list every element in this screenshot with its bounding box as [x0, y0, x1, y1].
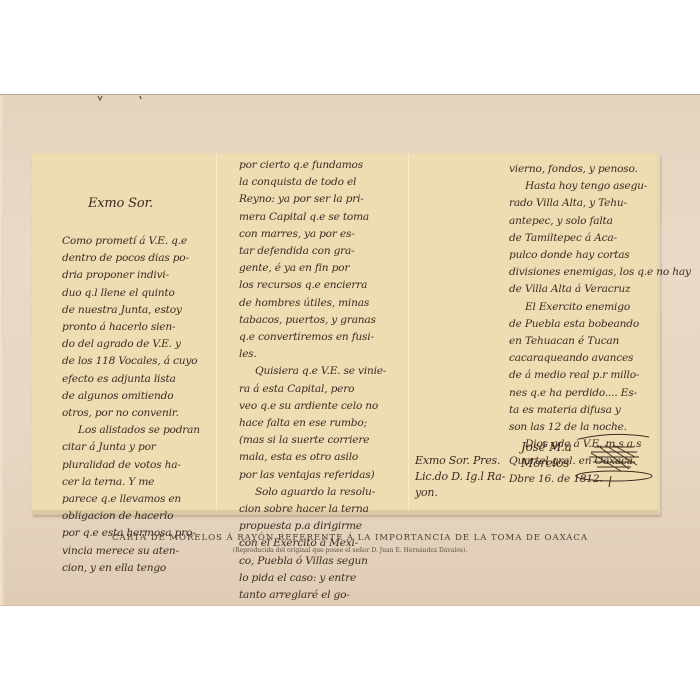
handwritten-line: parece q.e llevamos en: [62, 491, 200, 508]
letter-column-1-body: Como prometí á V.E. q.edentro de pocos d…: [62, 233, 200, 577]
handwritten-line: vierno, fondos, y penoso.: [509, 161, 691, 178]
handwritten-line: hace falta en ese rumbo;: [239, 415, 386, 432]
handwritten-line: gente, é ya en fin por: [239, 260, 386, 277]
handwritten-line: duo q.l llene el quinto: [62, 285, 200, 302]
handwritten-line: Solo aguardo la resolu-: [239, 484, 386, 501]
handwritten-line: José M.a: [521, 439, 572, 455]
handwritten-line: veo q.e su ardiente celo no: [239, 398, 386, 415]
letter-signature: José M.aMorelos: [521, 439, 572, 471]
letter-salutation: Exmo Sor.: [88, 195, 153, 212]
letter-addressee: Exmo Sor. Pres.Lic.do D. Ig.l Ra-yon.: [415, 453, 505, 501]
handwritten-line: pronto á hacerlo sien-: [62, 319, 200, 336]
handwritten-line: co, Puebla ó Villas segun: [239, 553, 386, 570]
handwritten-line: ra á esta Capital, pero: [239, 381, 386, 398]
handwritten-line: Lic.do D. Ig.l Ra-: [415, 469, 505, 485]
handwritten-line: Hasta hoy tengo asegu-: [509, 178, 691, 195]
handwritten-line: rado Villa Alta, y Tehu-: [509, 195, 691, 212]
handwritten-line: los recursos q.e encierra: [239, 277, 386, 294]
handwritten-line: Reyno: ya por ser la pri-: [239, 191, 386, 208]
handwritten-line: mala, esta es otro asilo: [239, 449, 386, 466]
handwritten-line: por las ventajas referidas): [239, 467, 386, 484]
handwritten-line: yon.: [415, 485, 505, 501]
handwritten-line: antepec, y solo falta: [509, 213, 691, 230]
handwritten-line: Los alistados se podran: [62, 422, 200, 439]
handwritten-line: El Exercito enemigo: [509, 299, 691, 316]
handwritten-line: divisiones enemigas, los q.e no hay: [509, 264, 691, 281]
signature-flourish-icon: [569, 429, 659, 489]
scratch-marks: [70, 95, 150, 103]
handwritten-line: otros, por no convenir.: [62, 405, 200, 422]
handwritten-line: dria proponer indivi-: [62, 267, 200, 284]
handwritten-line: obligacion de hacerlo: [62, 508, 200, 525]
handwritten-line: Exmo Sor. Pres.: [415, 453, 505, 469]
handwritten-line: citar á Junta y por: [62, 439, 200, 456]
caption-title: CARTA DE MORELOS Á RAYÓN REFERENTE Á LA …: [0, 533, 700, 543]
handwritten-line: q.e convertiremos en fusi-: [239, 329, 386, 346]
letter-column-2: por cierto q.e fundamosla conquista de t…: [216, 153, 409, 510]
handwritten-line: tanto arreglaré el go-: [239, 587, 386, 604]
handwritten-line: de hombres útiles, minas: [239, 295, 386, 312]
handwritten-line: Quisiera q.e V.E. se vinie-: [239, 363, 386, 380]
handwritten-line: mera Capital q.e se toma: [239, 209, 386, 226]
handwritten-line: Como prometí á V.E. q.e: [62, 233, 200, 250]
handwritten-line: Morelos: [521, 455, 572, 471]
handwritten-line: (mas si la suerte corriere: [239, 432, 386, 449]
handwritten-line: de Villa Alta á Veracruz: [509, 281, 691, 298]
handwritten-line: de nuestra Junta, estoy: [62, 302, 200, 319]
caption-subtitle: (Reproducida del original que posee el s…: [0, 547, 700, 554]
handwritten-line: con marres, ya por es-: [239, 226, 386, 243]
handwritten-line: tabacos, puertos, y granas: [239, 312, 386, 329]
handwritten-line: de algunos omitiendo: [62, 388, 200, 405]
handwritten-line: cer la terna. Y me: [62, 474, 200, 491]
handwritten-line: nes q.e ha perdido.... Es-: [509, 385, 691, 402]
handwritten-line: la conquista de todo el: [239, 174, 386, 191]
letter-column-1: Exmo Sor. Como prometí á V.E. q.edentro …: [32, 153, 216, 510]
handwritten-line: cion, y en ella tengo: [62, 560, 200, 577]
handwritten-line: tar defendida con gra-: [239, 243, 386, 260]
handwritten-line: de los 118 Vocales, á cuyo: [62, 353, 200, 370]
handwritten-line: cacaraqueando avances: [509, 350, 691, 367]
handwritten-line: pluralidad de votos ha-: [62, 457, 200, 474]
handwritten-line: cion sobre hacer la terna: [239, 501, 386, 518]
handwritten-line: lo pida el caso: y entre: [239, 570, 386, 587]
handwritten-line: en Tehuacan é Tucan: [509, 333, 691, 350]
handwritten-line: dentro de pocos dias po-: [62, 250, 200, 267]
letter-column-3: vierno, fondos, y penoso.Hasta hoy tengo…: [408, 153, 658, 510]
handwritten-letter: Exmo Sor. Como prometí á V.E. q.edentro …: [32, 153, 660, 514]
handwritten-line: les.: [239, 346, 386, 363]
handwritten-line: ta es materia difusa y: [509, 402, 691, 419]
handwritten-line: de á medio real p.r millo-: [509, 367, 691, 384]
handwritten-line: pulco donde hay cortas: [509, 247, 691, 264]
handwritten-line: do del agrado de V.E. y: [62, 336, 200, 353]
handwritten-line: de Puebla esta bobeando: [509, 316, 691, 333]
handwritten-line: por cierto q.e fundamos: [239, 157, 386, 174]
handwritten-line: de Tamiltepec á Aca-: [509, 230, 691, 247]
handwritten-line: efecto es adjunta lista: [62, 371, 200, 388]
